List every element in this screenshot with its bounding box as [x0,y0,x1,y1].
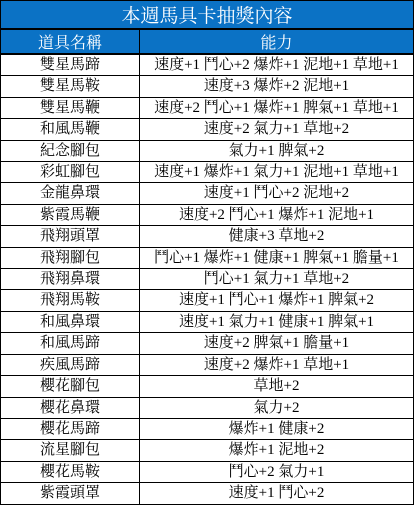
ability-cell: 速度+2 爆炸+1 草地+1 [140,354,414,375]
table-row: 櫻花腳包草地+2 [1,376,414,397]
item-name-cell: 和風鼻環 [1,311,140,332]
table-row: 紫霞頭罩速度+1 鬥心+2 [1,483,414,504]
table-row: 疾風馬蹄速度+2 爆炸+1 草地+1 [1,354,414,375]
ability-cell: 速度+1 鬥心+2 爆炸+1 泥地+1 草地+1 [140,54,414,76]
ability-cell: 速度+1 氣力+1 健康+1 脾氣+1 [140,311,414,332]
column-header-row: 道具名稱 能力 [1,29,414,54]
item-name-cell: 飛翔腳包 [1,247,140,268]
ability-cell: 爆炸+1 健康+2 [140,418,414,439]
ability-cell: 鬥心+2 氣力+1 [140,461,414,482]
table-row: 金龍鼻環速度+1 鬥心+2 泥地+2 [1,183,414,204]
item-name-cell: 櫻花馬蹄 [1,418,140,439]
ability-cell: 爆炸+1 泥地+2 [140,440,414,461]
ability-cell: 速度+3 爆炸+2 泥地+1 [140,76,414,97]
table-row: 流星腳包爆炸+1 泥地+2 [1,440,414,461]
table-title: 本週馬具卡抽獎內容 [1,1,414,30]
item-name-cell: 紫霞馬鞭 [1,204,140,225]
table-row: 彩虹腳包速度+1 爆炸+1 氣力+1 泥地+1 草地+1 [1,162,414,183]
item-name-cell: 疾風馬蹄 [1,354,140,375]
table-row: 飛翔頭罩健康+3 草地+2 [1,226,414,247]
ability-cell: 草地+2 [140,376,414,397]
table-row: 紫霞馬鞭速度+2 鬥心+1 爆炸+1 泥地+1 [1,204,414,225]
item-name-cell: 飛翔頭罩 [1,226,140,247]
table-row: 飛翔鼻環鬥心+1 氣力+1 草地+2 [1,269,414,290]
ability-cell: 氣力+2 [140,397,414,418]
item-name-cell: 紀念腳包 [1,140,140,161]
table-row: 櫻花馬鞍鬥心+2 氣力+1 [1,461,414,482]
item-name-cell: 櫻花腳包 [1,376,140,397]
page: 本週馬具卡抽獎內容 道具名稱 能力 雙星馬蹄速度+1 鬥心+2 爆炸+1 泥地+… [0,0,419,507]
item-name-cell: 和風馬鞭 [1,119,140,140]
item-name-cell: 彩虹腳包 [1,162,140,183]
table-row: 櫻花馬蹄爆炸+1 健康+2 [1,418,414,439]
ability-cell: 速度+2 鬥心+1 爆炸+1 泥地+1 [140,204,414,225]
item-name-cell: 櫻花馬鞍 [1,461,140,482]
item-name-cell: 雙星馬鞍 [1,76,140,97]
ability-cell: 速度+2 鬥心+1 爆炸+1 脾氣+1 草地+1 [140,97,414,118]
ability-cell: 速度+1 鬥心+2 泥地+2 [140,183,414,204]
table-row: 雙星馬蹄速度+1 鬥心+2 爆炸+1 泥地+1 草地+1 [1,54,414,76]
ability-cell: 速度+1 爆炸+1 氣力+1 泥地+1 草地+1 [140,162,414,183]
item-name-cell: 櫻花鼻環 [1,397,140,418]
ability-cell: 鬥心+1 氣力+1 草地+2 [140,269,414,290]
item-name-cell: 飛翔鼻環 [1,269,140,290]
table-row: 雙星馬鞭速度+2 鬥心+1 爆炸+1 脾氣+1 草地+1 [1,97,414,118]
item-name-cell: 雙星馬鞭 [1,97,140,118]
table-row: 雙星馬鞍速度+3 爆炸+2 泥地+1 [1,76,414,97]
ability-cell: 鬥心+1 爆炸+1 健康+1 脾氣+1 膽量+1 [140,247,414,268]
table-row: 飛翔馬鞍速度+1 鬥心+1 爆炸+1 脾氣+2 [1,290,414,311]
table-row: 飛翔腳包鬥心+1 爆炸+1 健康+1 脾氣+1 膽量+1 [1,247,414,268]
table-body: 雙星馬蹄速度+1 鬥心+2 爆炸+1 泥地+1 草地+1雙星馬鞍速度+3 爆炸+… [1,54,414,504]
table-row: 和風鼻環速度+1 氣力+1 健康+1 脾氣+1 [1,311,414,332]
column-header-item-name: 道具名稱 [1,29,140,54]
table-row: 紀念腳包氣力+1 脾氣+2 [1,140,414,161]
table-title-row: 本週馬具卡抽獎內容 [1,1,414,30]
item-name-cell: 飛翔馬鞍 [1,290,140,311]
table-row: 和風馬鞭速度+2 氣力+1 草地+2 [1,119,414,140]
item-name-cell: 雙星馬蹄 [1,54,140,76]
item-name-cell: 流星腳包 [1,440,140,461]
column-header-ability: 能力 [140,29,414,54]
ability-cell: 速度+1 鬥心+1 爆炸+1 脾氣+2 [140,290,414,311]
ability-cell: 健康+3 草地+2 [140,226,414,247]
ability-cell: 氣力+1 脾氣+2 [140,140,414,161]
table-row: 櫻花鼻環氣力+2 [1,397,414,418]
item-name-cell: 和風馬蹄 [1,333,140,354]
ability-cell: 速度+1 鬥心+2 [140,483,414,504]
ability-cell: 速度+2 氣力+1 草地+2 [140,119,414,140]
item-name-cell: 紫霞頭罩 [1,483,140,504]
table-row: 和風馬蹄速度+2 脾氣+1 膽量+1 [1,333,414,354]
horse-gear-lottery-table: 本週馬具卡抽獎內容 道具名稱 能力 雙星馬蹄速度+1 鬥心+2 爆炸+1 泥地+… [0,0,414,505]
ability-cell: 速度+2 脾氣+1 膽量+1 [140,333,414,354]
item-name-cell: 金龍鼻環 [1,183,140,204]
